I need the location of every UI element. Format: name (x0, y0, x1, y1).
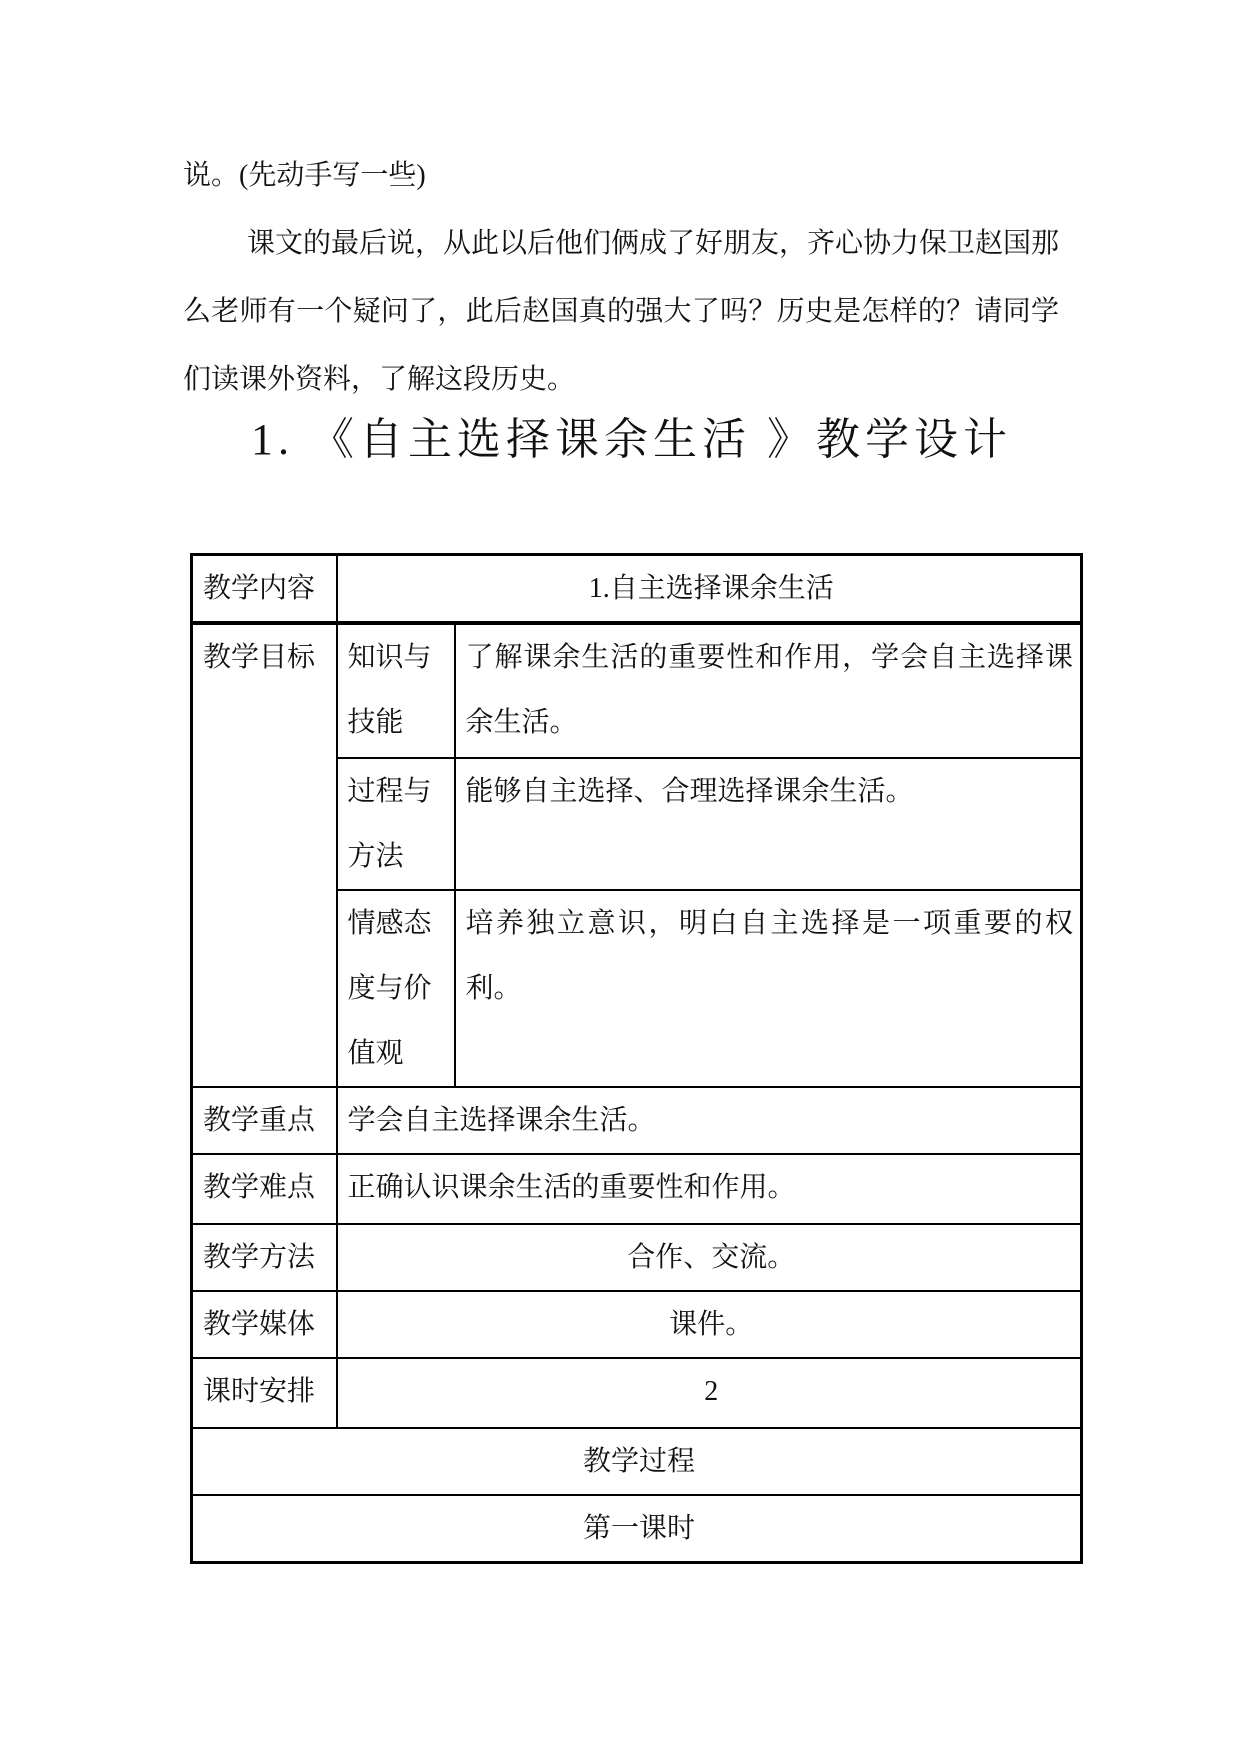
objective-value-line: 了解课余生活的重要性和作用，学会自主选择课 (466, 625, 1076, 690)
difficult-point-value-cell: 正确认识课余生活的重要性和作用。 (337, 1154, 1082, 1224)
objective-process-label-cell: 过程与方法 (337, 758, 455, 890)
objective-knowledge-label-cell: 知识与技能 (337, 623, 455, 758)
difficult-point-label-cell: 教学难点 (192, 1154, 337, 1224)
teaching-objectives-label-cell: 教学目标 (192, 623, 337, 1087)
objective-emotion-label-cell: 情感态度与价值观 (337, 890, 455, 1087)
key-point-label-cell: 教学重点 (192, 1087, 337, 1154)
first-lesson-cell: 第一课时 (192, 1495, 1082, 1563)
schedule-label-cell: 课时安排 (192, 1358, 337, 1428)
paragraph-line: 么老师有一个疑问了，此后赵国真的强大了吗？历史是怎样的？请同学 (183, 278, 1059, 346)
objective-value-line: 余生活。 (466, 690, 1076, 755)
paragraph-line: 课文的最后说，从此以后他们俩成了好朋友，齐心协力保卫赵国那 (183, 210, 1059, 278)
table-row: 教学目标 知识与技能 了解课余生活的重要性和作用，学会自主选择课 余生活。 (192, 623, 1082, 758)
objective-value-line: 能够自主选择、合理选择课余生活。 (466, 759, 1076, 824)
table-row: 教学重点 学会自主选择课余生活。 (192, 1087, 1082, 1154)
key-point-value-cell: 学会自主选择课余生活。 (337, 1087, 1082, 1154)
paragraph-block: 说。(先动手写一些) 课文的最后说，从此以后他们俩成了好朋友，齐心协力保卫赵国那… (183, 142, 1059, 414)
table-row: 教学难点 正确认识课余生活的重要性和作用。 (192, 1154, 1082, 1224)
teaching-content-label-cell: 教学内容 (192, 555, 337, 624)
teaching-design-table: 教学内容 1.自主选择课余生活 教学目标 知识与技能 了解课余生活的重要性和作用… (190, 553, 1083, 1564)
method-value-cell: 合作、交流。 (337, 1224, 1082, 1291)
objective-process-value-cell: 能够自主选择、合理选择课余生活。 (455, 758, 1082, 890)
media-label-cell: 教学媒体 (192, 1291, 337, 1358)
objective-emotion-value-cell: 培养独立意识，明白自主选择是一项重要的权 利。 (455, 890, 1082, 1087)
media-value-cell: 课件。 (337, 1291, 1082, 1358)
objective-knowledge-value-cell: 了解课余生活的重要性和作用，学会自主选择课 余生活。 (455, 623, 1082, 758)
table-row: 第一课时 (192, 1495, 1082, 1563)
table-row: 教学媒体 课件。 (192, 1291, 1082, 1358)
table-row: 教学内容 1.自主选择课余生活 (192, 555, 1082, 624)
objective-value-line: 培养独立意识，明白自主选择是一项重要的权 (466, 891, 1076, 956)
document-page: 说。(先动手写一些) 课文的最后说，从此以后他们俩成了好朋友，齐心协力保卫赵国那… (0, 0, 1241, 1754)
objective-value-line: 利。 (466, 956, 1076, 1021)
table-row: 教学方法 合作、交流。 (192, 1224, 1082, 1291)
schedule-value-cell: 2 (337, 1358, 1082, 1428)
method-label-cell: 教学方法 (192, 1224, 337, 1291)
process-header-cell: 教学过程 (192, 1428, 1082, 1495)
paragraph-line: 说。(先动手写一些) (183, 142, 1059, 210)
table-row: 教学过程 (192, 1428, 1082, 1495)
document-title: 1. 《自主选择课余生活 》教学设计 (0, 404, 1241, 476)
teaching-content-value-cell: 1.自主选择课余生活 (337, 555, 1082, 624)
table-row: 课时安排 2 (192, 1358, 1082, 1428)
